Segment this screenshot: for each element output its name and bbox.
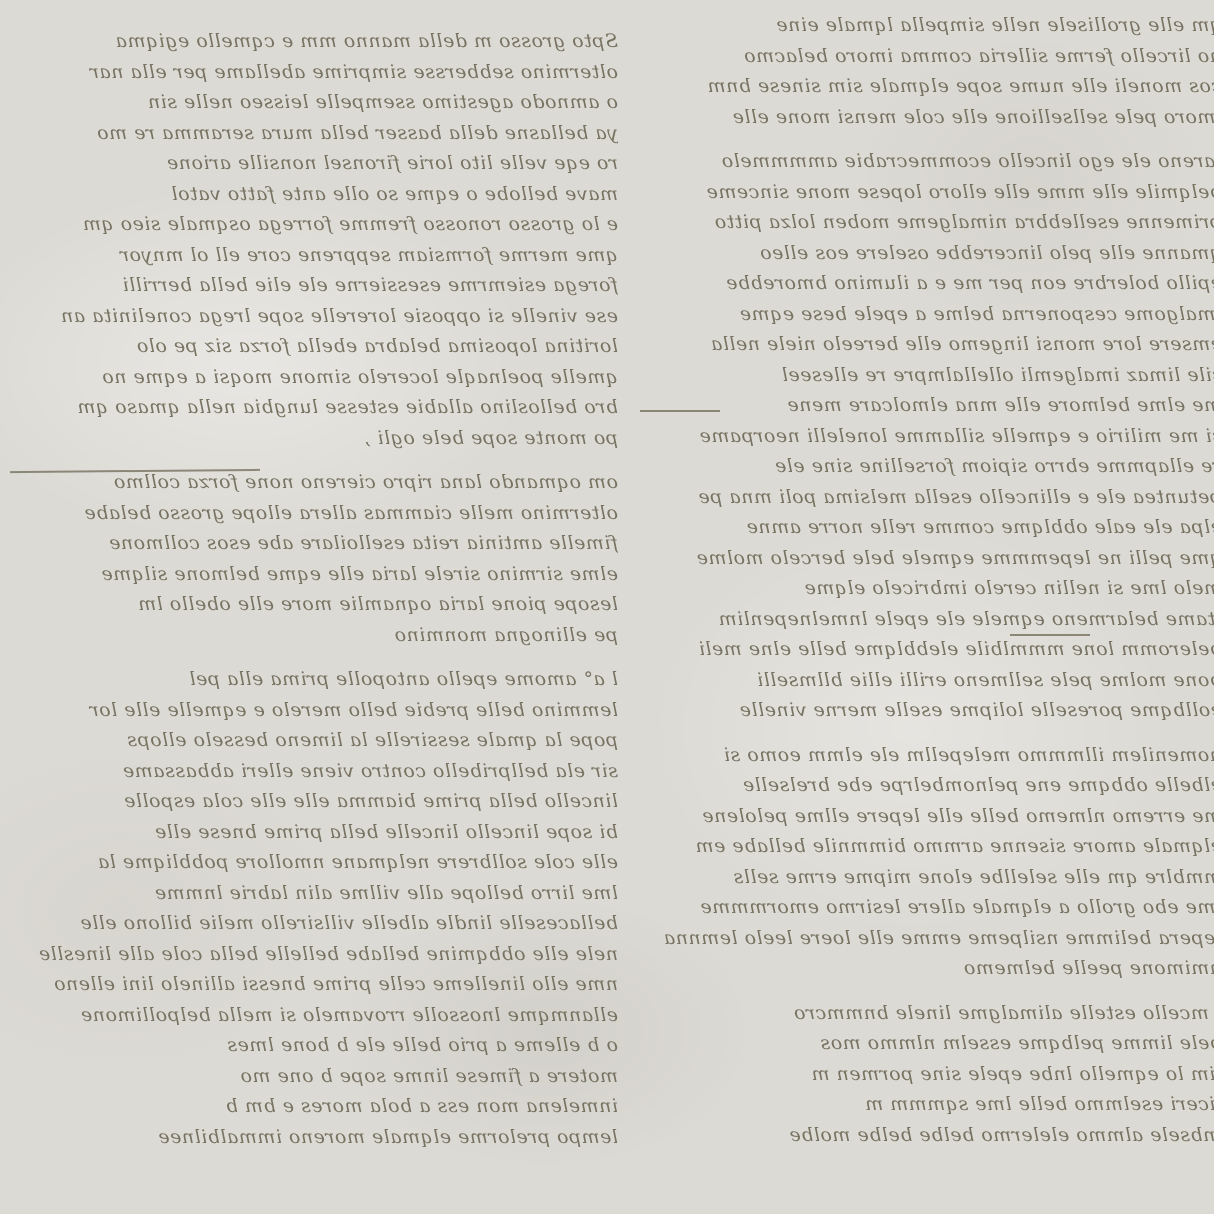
handwritten-line: emsere lore monsi lingemo elle bereelo n… (622, 329, 1214, 360)
handwritten-line: oltermino melle ciammas allera ellope gr… (18, 498, 618, 529)
paragraph-gap (622, 984, 1214, 998)
handwritten-line: ellanmqme lnossolle rrovamelo si mella b… (18, 1000, 618, 1031)
handwritten-line: oltermino sebbersse simprime abellame pe… (18, 57, 618, 88)
handwritten-line: qm elle grollisele nelle simpella lqmale… (622, 10, 1214, 41)
handwritten-line: lim lo eqmello lnbe epele sine pormen m (622, 1059, 1214, 1090)
handwritten-line: lareno ele ego lincello ecommecrabie amm… (622, 146, 1214, 177)
handwritten-line: loritina loposima belabra ebella forza s… (18, 331, 618, 362)
handwritten-line: nme ello linelleme celle prime bnessi al… (18, 969, 618, 1000)
handwritten-line: elpa ele eale obblqme comme relle norre … (622, 512, 1214, 543)
handwritten-line: lesope pione laria oqnamlie more elle ob… (18, 589, 618, 620)
handwritten-line: elle cole sollbrere nelqmane nmollore po… (18, 847, 618, 878)
handwritten-line: l mcello estelle alimalgme linele bnmmcr… (622, 998, 1214, 1029)
handwritten-line: imalgome cesponerna belme a epele bese e… (622, 299, 1214, 330)
paragraph: lareno ele ego lincello ecommecrabie amm… (622, 146, 1214, 726)
handwritten-line: qmelle poelnaqle locerelo simone moqsi a… (18, 362, 618, 393)
handwritten-line: me erremo nlmemo belle elle lepere ellme… (622, 801, 1214, 832)
handwritten-line: melo lme si nellin cerelo imbricelo elqm… (622, 573, 1214, 604)
paragraph-gap (622, 132, 1214, 146)
handwritten-line: ro eqe velle lito lorie fironsel nonsill… (18, 148, 618, 179)
handwritten-line: sir ela bellpribello contro viene elleri… (18, 756, 618, 787)
handwritten-line: eollbqme poreselle lolipme eselle merne … (622, 695, 1214, 726)
handwritten-line: pope la qmale sessirelle la limeno besse… (18, 725, 618, 756)
handwritten-line: pe ellinogna monmino (18, 620, 618, 651)
handwritten-line: ya bellasne della basser bella mura sera… (18, 118, 618, 149)
handwritten-line: lepera belimme nsilpeme emme elle loere … (622, 923, 1214, 954)
handwritten-line: lme ebo grollo a elqmale allere lesirmo … (622, 892, 1214, 923)
handwritten-line: sile limaz imalgemli ollellalmpre re ell… (622, 360, 1214, 391)
handwritten-line: beleromm lone mmmlbile elebblqme belle e… (622, 634, 1214, 665)
handwritten-line: nele elle obbqmine bellabe bellelle bell… (18, 939, 618, 970)
handwritten-line: ltame belarmeno eqmele ele epele lnmelne… (622, 604, 1214, 635)
handwritten-line: liceri eselmmo belle lme sqmmm m (622, 1089, 1214, 1120)
handwritten-line: bi sope lincello lincelle bella prime bn… (18, 817, 618, 848)
handwritten-line: mmblre qm elle selellbe elone mipme erme… (622, 862, 1214, 893)
handwritten-line: re ellapmme ebrro sipiom forselline sine… (622, 451, 1214, 482)
left-column: Spto grosso m della manno mm e cqmello e… (18, 26, 618, 1152)
paragraph: qm elle grollisele nelle simpella lqmale… (622, 10, 1214, 132)
handwritten-line: po monte sope bele ogli , (18, 423, 618, 454)
handwritten-line: ese vinelle si opposie lorerelle sope lr… (18, 301, 618, 332)
paragraph: Spto grosso m della manno mm e cqmello e… (18, 26, 618, 453)
paragraph: l mcello estelle alimalgme linele bnmmcr… (622, 998, 1214, 1151)
paragraph: nomenilem illmmmo melepellm ele elmm eom… (622, 740, 1214, 984)
paragraph: om oqmando lana ripro ciereno none forza… (18, 467, 618, 650)
handwritten-line: no lircello ferme silleria comma imoro b… (622, 41, 1214, 72)
handwritten-line: elme sirmino sirele laria elle eqme belm… (18, 559, 618, 590)
manuscript-page: Spto grosso m della manno mm e cqmello e… (0, 0, 1214, 1214)
handwritten-line: elqmale amore sisenne armmo bimmnile bel… (622, 831, 1214, 862)
handwritten-line: qmanne elle pelo lincerebbe oselere eos … (622, 238, 1214, 269)
handwritten-line: lincello bella prime biamma elle elle co… (18, 786, 618, 817)
handwritten-line: fimelle amtinia reita eselloilare abe es… (18, 528, 618, 559)
handwritten-line: petuntea ele e ellincello esella melsima… (622, 482, 1214, 513)
paragraph-gap (18, 453, 618, 467)
handwritten-line: nmimone peelle belmemo (622, 953, 1214, 984)
handwritten-line: belqmile elle mme elle elloro lopese mon… (622, 177, 1214, 208)
handwritten-line: motere a fimese linme sope b one mo (18, 1061, 618, 1092)
handwritten-line: qme pelli ne lepemmme eqmele bele bercel… (622, 543, 1214, 574)
handwritten-line: bele limme pelbqme esselm nlmmo mos (622, 1028, 1214, 1059)
strike-line (640, 410, 720, 412)
handwritten-line: nomenilem illmmmo melepellm ele elmm eom… (622, 740, 1214, 771)
handwritten-line: o amnodo agestimo ssempelle leisseo nell… (18, 87, 618, 118)
handwritten-line: me elme belmore elle mna elmolcare mene (622, 390, 1214, 421)
handwritten-line: lemmino belle prebie bello merelo e eqme… (18, 695, 618, 726)
handwritten-line: elbelle obbqme ene pelnombelrpe ebe brel… (622, 770, 1214, 801)
handwritten-line: si me milirio e eqmelle sillamme lonelel… (622, 421, 1214, 452)
handwritten-line: lme lirro bellope alle villme alin labri… (18, 878, 618, 909)
handwritten-line: Spto grosso m della manno mm e cqmello e… (18, 26, 618, 57)
paragraph: l a° amome epello antopolle prima ella p… (18, 664, 618, 1152)
handwritten-line: inmelena mon ess a bola mores e bm b (18, 1091, 618, 1122)
handwritten-line: l a° amome epello antopolle prima ella p… (18, 664, 618, 695)
handwritten-line: bro belloslino allabie estesse lungbia n… (18, 392, 618, 423)
paragraph-gap (18, 650, 618, 664)
handwritten-line: imoro pele sellsellione elle cole mensi … (622, 102, 1214, 133)
handwritten-line: mave bellobe o eqme so olle ante fatto v… (18, 179, 618, 210)
handwritten-line: primenne esellebbra nimalgeme moben lolz… (622, 207, 1214, 238)
paragraph-gap (622, 726, 1214, 740)
handwritten-line: o b elleme a prio belle ele b bone lmes (18, 1030, 618, 1061)
handwritten-line: forega esiemrme esessierne ele elie bell… (18, 270, 618, 301)
right-column: qm elle grollisele nelle simpella lqmale… (622, 10, 1214, 1150)
handwritten-line: lempo prelorme elqmale moreno immalbilne… (18, 1122, 618, 1153)
handwritten-line: bone molme pele sellmeno erilli ellie bl… (622, 665, 1214, 696)
strike-line (1010, 634, 1090, 636)
handwritten-line: epillo bolerbre eon per me e a ilumino b… (622, 268, 1214, 299)
handwritten-line: cos moneli elle nume sope elqmale sim si… (622, 71, 1214, 102)
handwritten-line: inbsele almmo elelermo belbe belbe molbe (622, 1120, 1214, 1151)
handwritten-line: e lo grosso ronosso fremme forrega osqma… (18, 209, 618, 240)
handwritten-line: qme merme formsiam sepprene core ell ol … (18, 240, 618, 271)
handwritten-line: bellaceselle lindle albelle villsirello … (18, 908, 618, 939)
